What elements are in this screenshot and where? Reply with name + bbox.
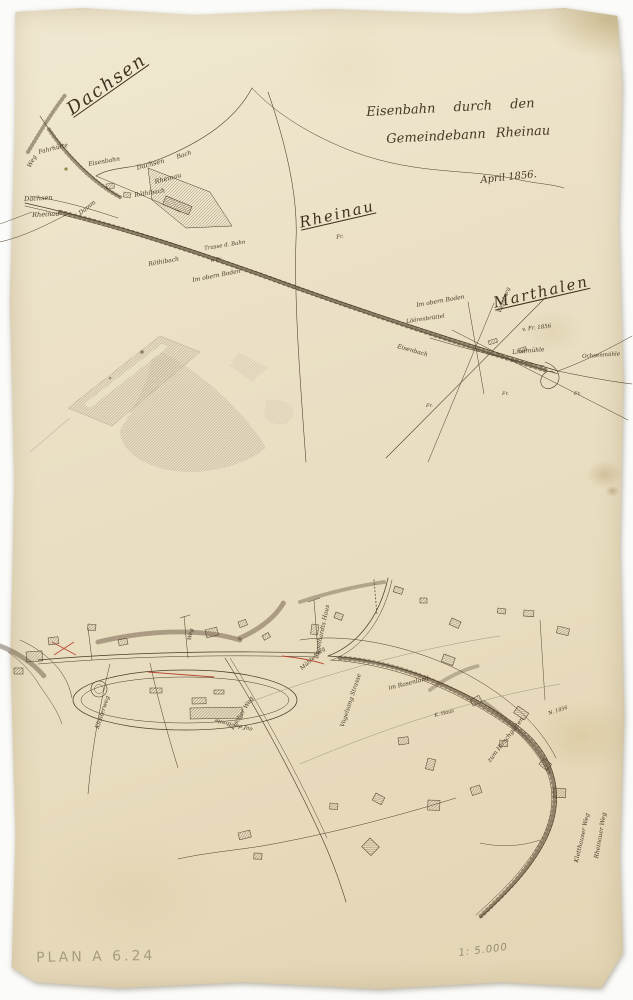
scanned-map-page: Eisenbahn durch den Gemeindebann Rheinau… [0, 0, 633, 1000]
red-annotations [52, 642, 324, 677]
map-drawing [0, 0, 633, 1000]
pencil-terrain-sketch [30, 336, 294, 472]
archive-mark: PLAN A 6.24 [36, 948, 156, 966]
lower-map-lines [0, 578, 560, 918]
